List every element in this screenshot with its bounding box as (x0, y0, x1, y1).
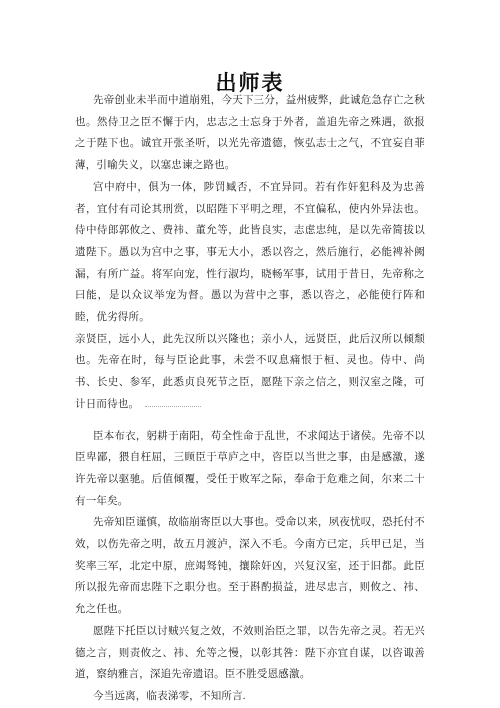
paragraph-text: 先帝创业未半而中道崩殂，今天下三分，益州疲弊，此诚危急存亡之秋也。然侍卫之臣不懈… (75, 95, 425, 171)
document-page: 出师表 先帝创业未半而中道崩殂，今天下三分，益州疲弊，此诚危急存亡之秋也。然侍卫… (0, 0, 500, 708)
paragraph: 先帝知臣谨慎，故临崩寄臣以大事也。受命以来，夙夜忧叹，恐托付不效，以伤先帝之明，… (75, 512, 425, 621)
paragraph-text: 臣本布衣，躬耕于南阳，苟全性命于乱世，不求闻达于诸侯。先帝不以臣卑鄙，猥自枉屈，… (75, 431, 425, 507)
paragraph-text: 亲贤臣，远小人，此先汉所以兴隆也；亲小人，远贤臣，此后汉所以倾颓也。先帝在时，每… (75, 334, 425, 410)
paragraph: 臣本布衣，躬耕于南阳，苟全性命于乱世，不求闻达于诸侯。先帝不以臣卑鄙，猥自枉屈，… (75, 426, 425, 513)
paragraph: 宫中府中，俱为一体，陟罚臧否，不宜异同。若有作奸犯科及为忠善者，宜付有司论其刑赏… (75, 177, 425, 329)
paragraph: 先帝创业未半而中道崩殂，今天下三分，益州疲弊，此诚危急存亡之秋也。然侍卫之臣不懈… (75, 90, 425, 177)
paragraph: 愿陛下托臣以讨贼兴复之效，不效则治臣之罪，以告先帝之灵。若无兴德之言，则责攸之、… (75, 621, 425, 686)
paragraph: 今当远离，临表涕零，不知所言. (75, 686, 425, 708)
paragraph-text: 愿陛下托臣以讨贼兴复之效，不效则治臣之罪，以告先帝之灵。若无兴德之言，则责攸之、… (75, 626, 425, 680)
paragraph-text: 宫中府中，俱为一体，陟罚臧否，不宜异同。若有作奸犯科及为忠善者，宜付有司论其刑赏… (75, 182, 425, 323)
dotted-fill-line (145, 398, 201, 407)
paragraph-text: 先帝知臣谨慎，故临崩寄臣以大事也。受命以来，夙夜忧叹，恐托付不效，以伤先帝之明，… (75, 517, 425, 615)
paragraph-text: 今当远离，临表涕零，不知所言. (93, 691, 246, 702)
paragraph: 亲贤臣，远小人，此先汉所以兴隆也；亲小人，远贤臣，此后汉所以倾颓也。先帝在时，每… (75, 329, 425, 416)
document-body: 先帝创业未半而中道崩殂，今天下三分，益州疲弊，此诚危急存亡之秋也。然侍卫之臣不懈… (75, 90, 425, 708)
